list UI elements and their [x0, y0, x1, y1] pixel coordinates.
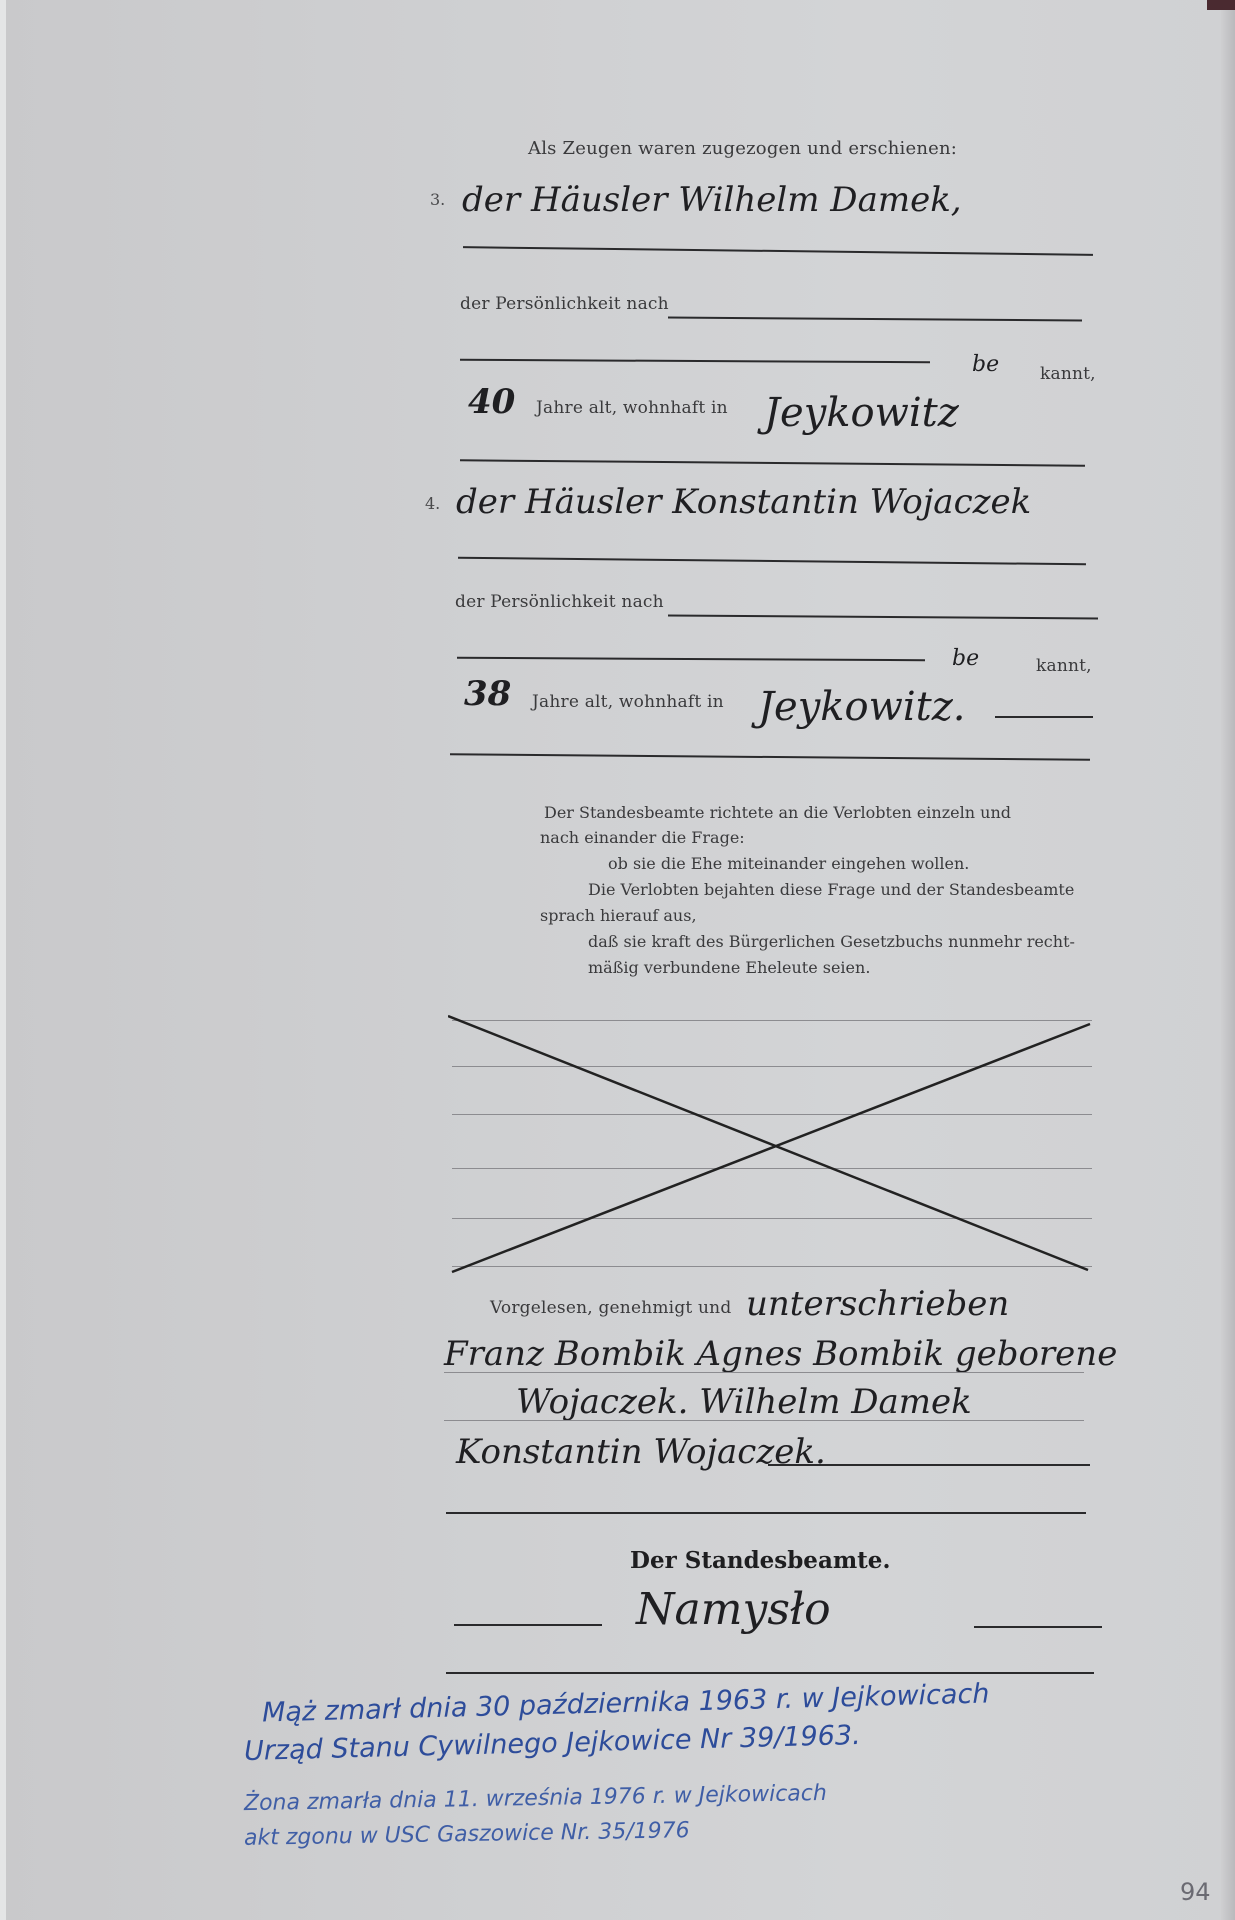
registrar-signature: Namysło [636, 1584, 831, 1635]
witness-4-name: der Häusler Konstantin Wojaczek [456, 482, 1031, 522]
witness-3-identity-rule [668, 317, 1082, 322]
witness-3-identity-label: der Persönlichkeit nach [460, 294, 669, 314]
witness-4-identity-rule [668, 614, 1098, 619]
declaration-line-1: Der Standesbeamte richtete an die Verlob… [544, 800, 1011, 825]
witness-3-age-label: Jahre alt, wohnhaft in [536, 398, 728, 418]
witness-3-name-rule [463, 246, 1093, 256]
signature-block-end-rule [446, 1512, 1086, 1514]
declaration-line-4: Die Verlobten bejahten diese Frage und d… [588, 877, 1074, 902]
witness-4-residence-tail-rule [995, 716, 1093, 718]
signature-block-label: Vorgelesen, genehmigt und [490, 1298, 731, 1318]
declaration-line-2: nach einander die Frage: [540, 825, 745, 850]
witness-4-known-printed: kannt, [1036, 656, 1092, 676]
ruled-line [444, 1372, 1084, 1373]
signature-tail-rule [768, 1464, 1090, 1466]
ruled-line [444, 1420, 1084, 1421]
page-binding-edge [0, 0, 6, 1920]
witness-3-known-handwritten: be [972, 352, 999, 377]
signature-line-2: Wojaczek. Wilhelm Damek [516, 1382, 972, 1422]
death-annotation-line-3: Żona zmarła dnia 11. września 1976 r. w … [244, 1781, 827, 1816]
declaration-line-7: mäßig verbundene Eheleute seien. [588, 955, 870, 980]
registrar-rule-left [454, 1624, 602, 1626]
witness-3-name: der Häusler Wilhelm Damek, [462, 180, 962, 220]
page-right-edge [1221, 0, 1235, 1920]
witness-4-identity-rule-2 [457, 657, 925, 661]
witness-4-known-handwritten: be [952, 646, 979, 671]
declaration-line-5: sprach hierauf aus, [540, 903, 697, 928]
witness-4-residence: Jeykowitz. [758, 684, 966, 730]
witness-4-name-rule [458, 557, 1086, 566]
witness-3-known-printed: kannt, [1040, 364, 1096, 384]
witness-4-age-label: Jahre alt, wohnhaft in [532, 692, 724, 712]
witness-4-number: 4. [425, 494, 440, 513]
registrar-rule-right [974, 1626, 1102, 1628]
page-number: 94 [1180, 1878, 1211, 1906]
death-annotation-line-1: Mąż zmarł dnia 30 października 1963 r. w… [262, 1678, 990, 1728]
witness-4-identity-label: der Persönlichkeit nach [455, 592, 664, 612]
witness-3-residence: Jeykowitz [764, 390, 959, 436]
witness-3-number: 3. [430, 190, 445, 209]
registrar-end-rule [446, 1672, 1094, 1674]
cross-out-mark [448, 1012, 1093, 1274]
registrar-title: Der Standesbeamte. [630, 1547, 890, 1574]
declaration-line-6: daß sie kraft des Bürgerlichen Gesetzbuc… [588, 929, 1075, 954]
witnesses-heading: Als Zeugen waren zugezogen und erschiene… [528, 138, 957, 159]
signature-block-handwritten: unterschrieben [746, 1284, 1009, 1324]
signature-line-1: Franz Bombik Agnes Bombik geborene [444, 1334, 1117, 1374]
declaration-line-3: ob sie die Ehe miteinander eingehen woll… [608, 851, 969, 876]
witness-4-residence-rule [450, 753, 1090, 761]
witness-3-age: 40 [468, 382, 515, 422]
witness-3-residence-rule [460, 459, 1085, 466]
death-annotation-line-4: akt zgonu w USC Gaszowice Nr. 35/1976 [244, 1818, 690, 1851]
witness-4-age: 38 [464, 674, 511, 714]
signature-line-3: Konstantin Wojaczek. [456, 1432, 826, 1472]
death-annotation-line-2: Urząd Stanu Cywilnego Jejkowice Nr 39/19… [244, 1720, 861, 1767]
register-page: Als Zeugen waren zugezogen und erschiene… [0, 0, 1235, 1920]
book-cover-corner [1207, 0, 1235, 10]
witness-3-identity-rule-2 [460, 359, 930, 363]
